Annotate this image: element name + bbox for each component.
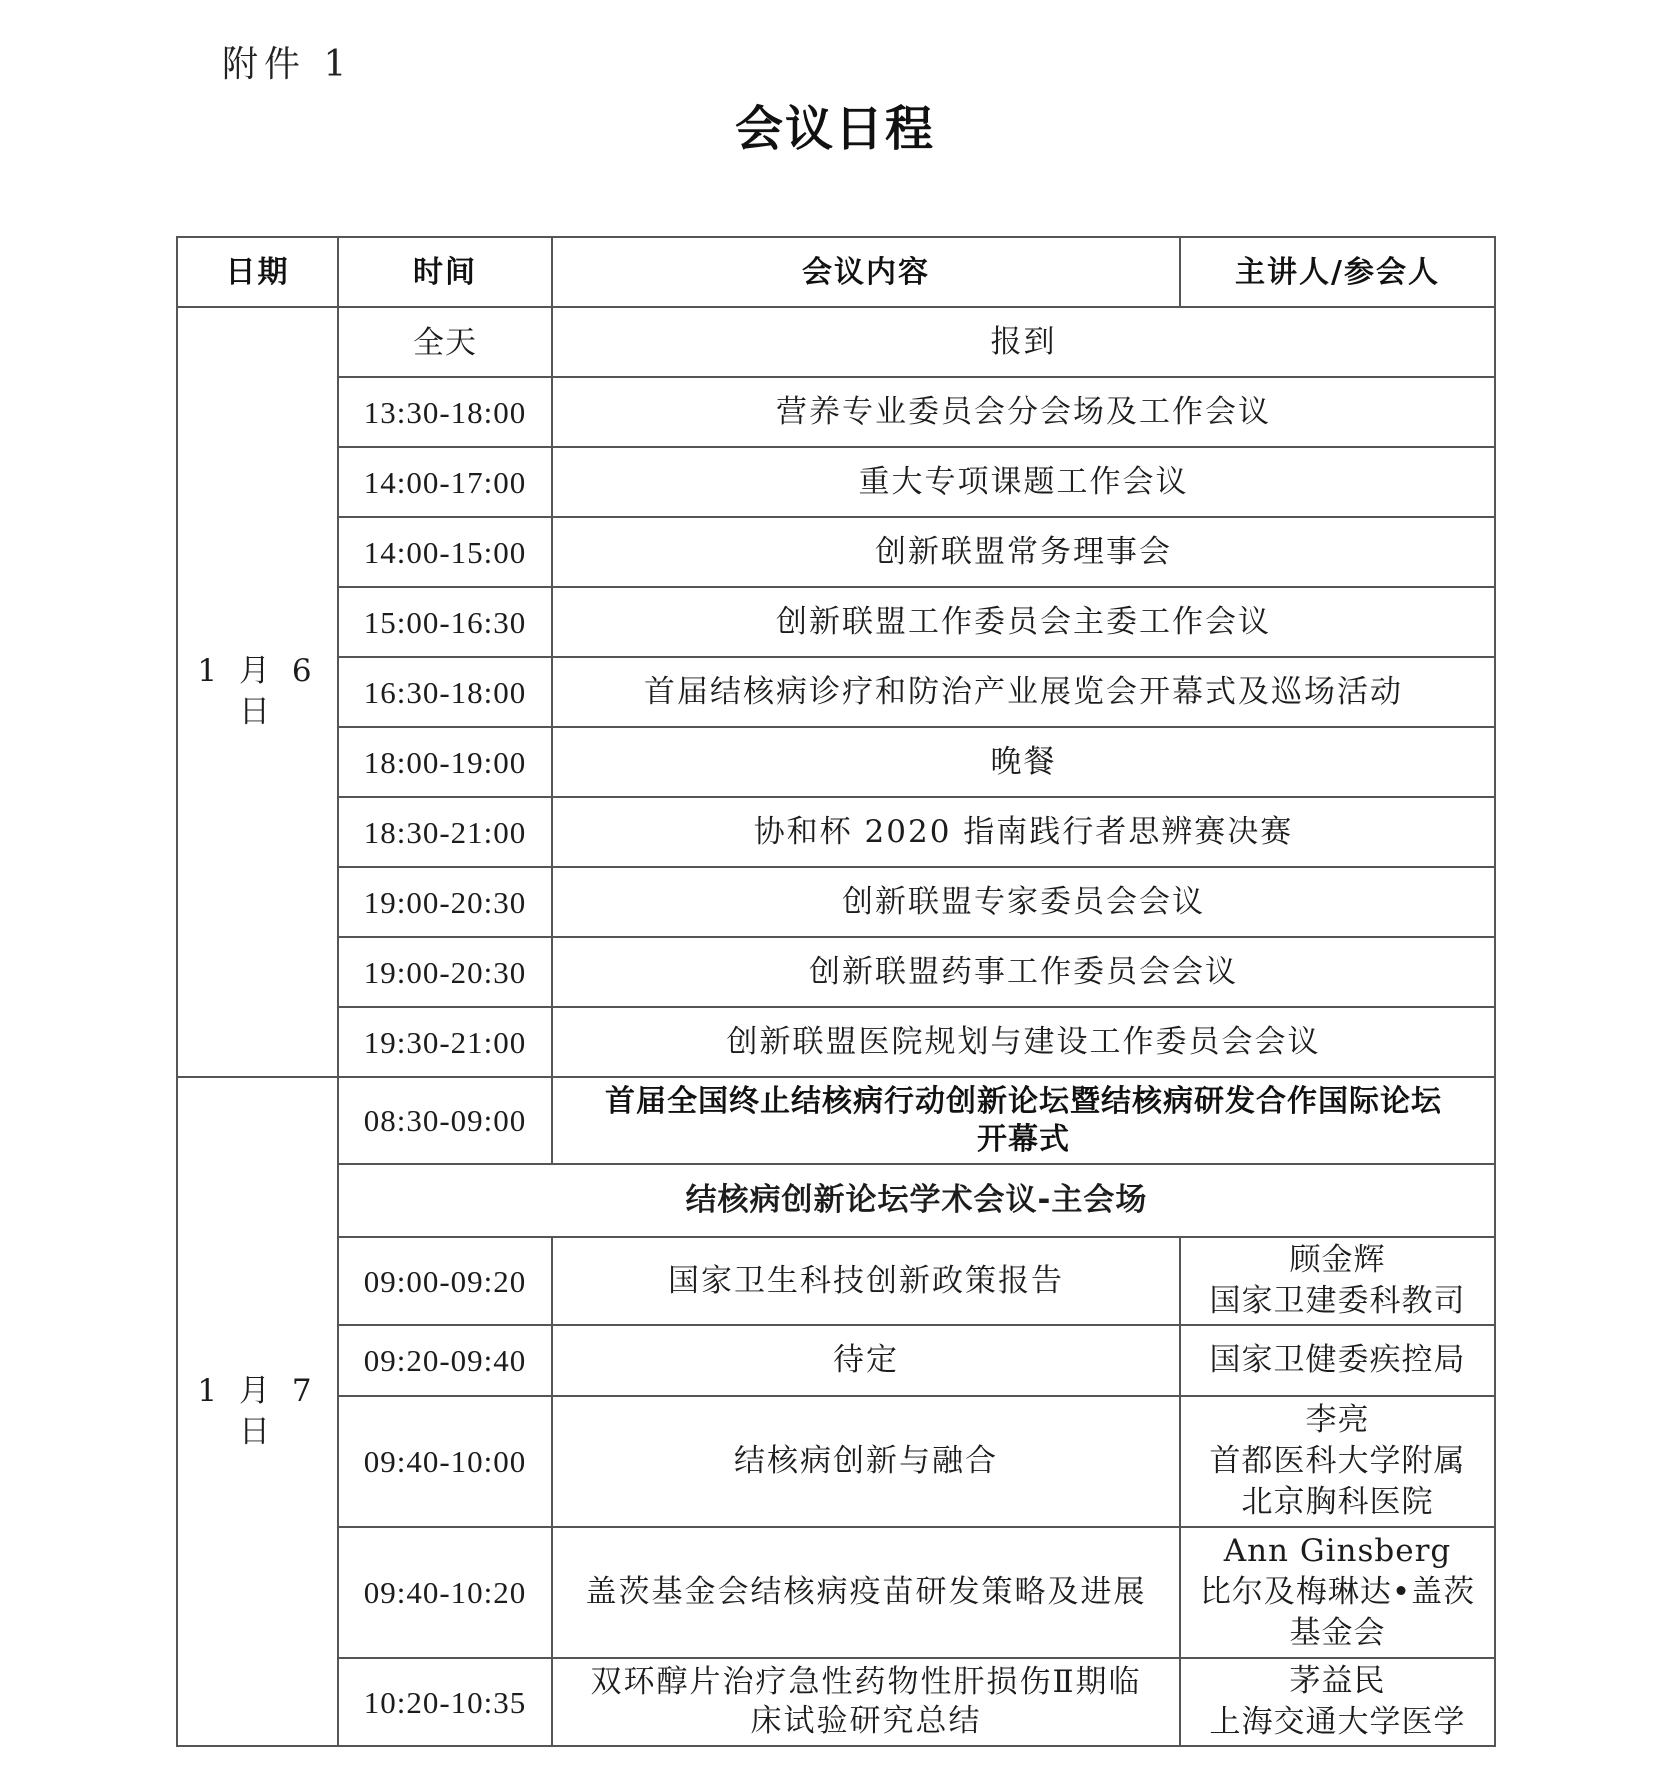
speaker-name: Ann Ginsberg bbox=[1185, 1531, 1490, 1572]
content-cell: 结核病创新与融合 bbox=[552, 1396, 1180, 1527]
speaker-name: 顾金辉 bbox=[1185, 1240, 1490, 1281]
content-cell: 创新联盟工作委员会主委工作会议 bbox=[552, 587, 1495, 657]
table-row: 15:00-16:30 创新联盟工作委员会主委工作会议 bbox=[177, 587, 1495, 657]
time-cell: 18:30-21:00 bbox=[338, 797, 552, 867]
speaker-affiliation: 首都医科大学附属 bbox=[1185, 1441, 1490, 1482]
content-cell: 创新联盟专家委员会会议 bbox=[552, 867, 1495, 937]
time-cell: 09:20-09:40 bbox=[338, 1325, 552, 1396]
time-cell: 全天 bbox=[338, 307, 552, 377]
content-cell: 报到 bbox=[552, 307, 1495, 377]
time-cell: 09:40-10:20 bbox=[338, 1527, 552, 1658]
content-cell: 首届结核病诊疗和防治产业展览会开幕式及巡场活动 bbox=[552, 657, 1495, 727]
time-cell: 16:30-18:00 bbox=[338, 657, 552, 727]
schedule-table-container: 日期 时间 会议内容 主讲人/参会人 1 月 6 日 全天 报到 13:30-1… bbox=[176, 236, 1494, 1747]
content-cell: 晚餐 bbox=[552, 727, 1495, 797]
content-line-1: 双环醇片治疗急性药物性肝损伤Ⅱ期临 bbox=[557, 1663, 1175, 1702]
speaker-affiliation: 国家卫建委科教司 bbox=[1185, 1281, 1490, 1322]
table-row: 14:00-15:00 创新联盟常务理事会 bbox=[177, 517, 1495, 587]
header-speaker: 主讲人/参会人 bbox=[1180, 237, 1495, 307]
table-row: 16:30-18:00 首届结核病诊疗和防治产业展览会开幕式及巡场活动 bbox=[177, 657, 1495, 727]
table-row: 19:00-20:30 创新联盟药事工作委员会会议 bbox=[177, 937, 1495, 1007]
header-date: 日期 bbox=[177, 237, 338, 307]
speaker-affiliation: 基金会 bbox=[1185, 1613, 1490, 1654]
content-cell: 创新联盟常务理事会 bbox=[552, 517, 1495, 587]
section-header-row: 结核病创新论坛学术会议-主会场 bbox=[177, 1164, 1495, 1237]
speaker-cell: Ann Ginsberg 比尔及梅琳达•盖茨 基金会 bbox=[1180, 1527, 1495, 1658]
table-row: 19:00-20:30 创新联盟专家委员会会议 bbox=[177, 867, 1495, 937]
content-line-2: 床试验研究总结 bbox=[557, 1702, 1175, 1741]
section-title: 结核病创新论坛学术会议-主会场 bbox=[338, 1164, 1495, 1237]
content-cell: 创新联盟药事工作委员会会议 bbox=[552, 937, 1495, 1007]
speaker-cell: 顾金辉 国家卫建委科教司 bbox=[1180, 1237, 1495, 1325]
content-cell: 营养专业委员会分会场及工作会议 bbox=[552, 377, 1495, 447]
table-header-row: 日期 时间 会议内容 主讲人/参会人 bbox=[177, 237, 1495, 307]
table-row: 09:00-09:20 国家卫生科技创新政策报告 顾金辉 国家卫建委科教司 bbox=[177, 1237, 1495, 1325]
content-cell: 国家卫生科技创新政策报告 bbox=[552, 1237, 1180, 1325]
content-cell: 盖茨基金会结核病疫苗研发策略及进展 bbox=[552, 1527, 1180, 1658]
speaker-cell: 国家卫健委疾控局 bbox=[1180, 1325, 1495, 1396]
opening-line-1: 首届全国终止结核病行动创新论坛暨结核病研发合作国际论坛 bbox=[557, 1083, 1490, 1121]
content-cell: 协和杯 2020 指南践行者思辨赛决赛 bbox=[552, 797, 1495, 867]
time-cell: 13:30-18:00 bbox=[338, 377, 552, 447]
speaker-cell: 茅益民 上海交通大学医学 bbox=[1180, 1658, 1495, 1746]
speaker-name: 茅益民 bbox=[1185, 1661, 1490, 1702]
content-cell: 创新联盟医院规划与建设工作委员会会议 bbox=[552, 1007, 1495, 1077]
table-row: 10:20-10:35 双环醇片治疗急性药物性肝损伤Ⅱ期临 床试验研究总结 茅益… bbox=[177, 1658, 1495, 1746]
table-row: 19:30-21:00 创新联盟医院规划与建设工作委员会会议 bbox=[177, 1007, 1495, 1077]
speaker-cell: 李亮 首都医科大学附属 北京胸科医院 bbox=[1180, 1396, 1495, 1527]
time-cell: 14:00-15:00 bbox=[338, 517, 552, 587]
speaker-affiliation: 国家卫健委疾控局 bbox=[1185, 1340, 1490, 1381]
header-content: 会议内容 bbox=[552, 237, 1180, 307]
time-cell: 09:00-09:20 bbox=[338, 1237, 552, 1325]
content-cell: 待定 bbox=[552, 1325, 1180, 1396]
table-row: 14:00-17:00 重大专项课题工作会议 bbox=[177, 447, 1495, 517]
time-cell: 19:00-20:30 bbox=[338, 867, 552, 937]
table-row: 18:00-19:00 晚餐 bbox=[177, 727, 1495, 797]
speaker-affiliation: 比尔及梅琳达•盖茨 bbox=[1185, 1572, 1490, 1613]
header-time: 时间 bbox=[338, 237, 552, 307]
table-row: 1 月 6 日 全天 报到 bbox=[177, 307, 1495, 377]
date-cell-day2: 1 月 7 日 bbox=[177, 1077, 338, 1746]
content-cell: 双环醇片治疗急性药物性肝损伤Ⅱ期临 床试验研究总结 bbox=[552, 1658, 1180, 1746]
table-row: 09:40-10:20 盖茨基金会结核病疫苗研发策略及进展 Ann Ginsbe… bbox=[177, 1527, 1495, 1658]
time-cell: 18:00-19:00 bbox=[338, 727, 552, 797]
time-cell: 14:00-17:00 bbox=[338, 447, 552, 517]
attachment-label: 附件 1 bbox=[222, 36, 352, 87]
speaker-name: 李亮 bbox=[1185, 1400, 1490, 1441]
time-cell: 19:00-20:30 bbox=[338, 937, 552, 1007]
table-row: 09:20-09:40 待定 国家卫健委疾控局 bbox=[177, 1325, 1495, 1396]
content-cell: 重大专项课题工作会议 bbox=[552, 447, 1495, 517]
time-cell: 10:20-10:35 bbox=[338, 1658, 552, 1746]
time-cell: 09:40-10:00 bbox=[338, 1396, 552, 1527]
opening-line-2: 开幕式 bbox=[557, 1121, 1490, 1159]
page-title: 会议日程 bbox=[176, 90, 1494, 159]
schedule-table: 日期 时间 会议内容 主讲人/参会人 1 月 6 日 全天 报到 13:30-1… bbox=[176, 236, 1496, 1747]
speaker-affiliation: 上海交通大学医学 bbox=[1185, 1702, 1490, 1743]
date-cell-day1: 1 月 6 日 bbox=[177, 307, 338, 1077]
opening-ceremony-cell: 首届全国终止结核病行动创新论坛暨结核病研发合作国际论坛 开幕式 bbox=[552, 1077, 1495, 1164]
time-cell: 15:00-16:30 bbox=[338, 587, 552, 657]
speaker-affiliation: 北京胸科医院 bbox=[1185, 1482, 1490, 1523]
table-row: 09:40-10:00 结核病创新与融合 李亮 首都医科大学附属 北京胸科医院 bbox=[177, 1396, 1495, 1527]
table-row: 18:30-21:00 协和杯 2020 指南践行者思辨赛决赛 bbox=[177, 797, 1495, 867]
time-cell: 08:30-09:00 bbox=[338, 1077, 552, 1164]
table-row: 13:30-18:00 营养专业委员会分会场及工作会议 bbox=[177, 377, 1495, 447]
table-row-opening: 1 月 7 日 08:30-09:00 首届全国终止结核病行动创新论坛暨结核病研… bbox=[177, 1077, 1495, 1164]
time-cell: 19:30-21:00 bbox=[338, 1007, 552, 1077]
